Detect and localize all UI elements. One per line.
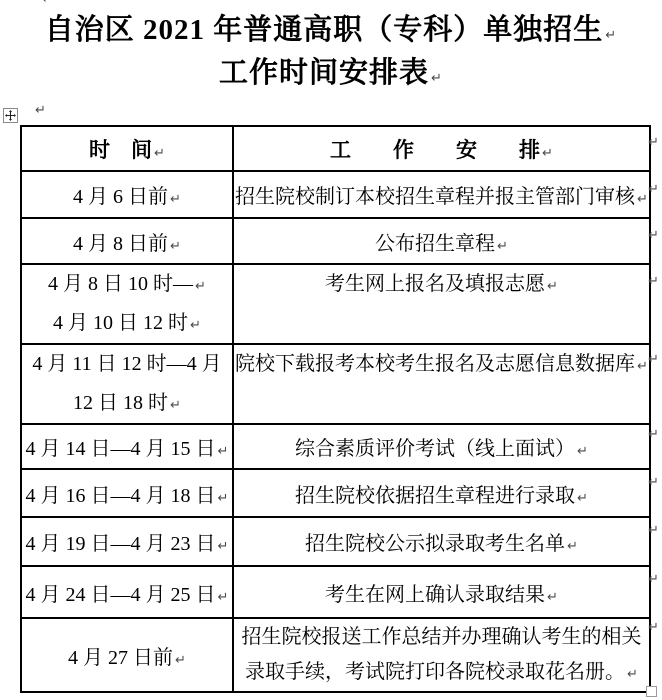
row-end-mark: ↵: [648, 229, 659, 242]
row-end-mark: ↵: [648, 428, 659, 441]
table-row: 4 月 8 日前↵ 公布招生章程↵: [21, 218, 650, 264]
task-cell[interactable]: 招生院校报送工作总结并办理确认考生的相关 录取手续，考试院打印各院校录取花名册。…: [233, 618, 650, 692]
time-cell[interactable]: 4 月 11 日 12 时—4 月 12 日 18 时↵: [21, 344, 233, 424]
task-line: 院校下载报考本校考生报名及志愿信息数据库↵: [234, 345, 649, 384]
task-text: 招生院校制订本校招生章程并报主管部门审核: [235, 186, 635, 208]
time-text: 4 月 27 日前: [68, 647, 173, 669]
page-title[interactable]: 自治区 2021 年普通高职（专科）单独招生↵ 工作时间安排表↵: [0, 9, 662, 95]
task-cell[interactable]: 综合素质评价考试（线上面试）↵: [233, 424, 650, 469]
paragraph-mark: ↵: [175, 653, 186, 668]
task-cell[interactable]: 考生网上报名及填报志愿↵: [233, 264, 650, 344]
table-row: 4 月 16 日—4 月 18 日↵ 招生院校依据招生章程进行录取↵: [21, 469, 650, 517]
paragraph-mark: ↵: [431, 71, 443, 86]
task-line: 录取手续，考试院打印各院校录取花名册。↵: [234, 655, 649, 690]
table-row: 4 月 27 日前↵ 招生院校报送工作总结并办理确认考生的相关 录取手续，考试院…: [21, 618, 650, 692]
row-end-mark: ↵: [648, 524, 659, 537]
task-cell[interactable]: 招生院校公示拟录取考生名单↵: [233, 517, 650, 566]
table-row: 4 月 14 日—4 月 15 日↵ 综合素质评价考试（线上面试）↵: [21, 424, 650, 469]
row-end-mark: ↵: [648, 353, 659, 366]
table-row: 4 月 11 日 12 时—4 月 12 日 18 时↵ 院校下载报考本校考生报…: [21, 344, 650, 424]
header-time-cell[interactable]: 时 间↵: [21, 126, 233, 171]
row-end-mark: ↵: [648, 275, 659, 288]
paragraph-mark: ↵: [627, 667, 638, 682]
paragraph-mark: ↵: [497, 239, 508, 254]
time-text: 4 月 16 日—4 月 18 日: [26, 485, 216, 507]
table-row: 4 月 6 日前↵ 招生院校制订本校招生章程并报主管部门审核↵: [21, 171, 650, 218]
header-time-label: 时 间: [89, 138, 152, 162]
paragraph-mark: ↵: [218, 444, 229, 459]
time-cell[interactable]: 4 月 16 日—4 月 18 日↵: [21, 469, 233, 517]
task-line: 招生院校报送工作总结并办理确认考生的相关: [234, 620, 649, 655]
task-text: 考生在网上确认录取结果: [325, 584, 545, 606]
row-end-mark: ↵: [648, 476, 659, 489]
time-text: 4 月 14 日—4 月 15 日: [26, 438, 216, 460]
time-text: 4 月 19 日—4 月 23 日: [26, 533, 216, 555]
time-line: 4 月 11 日 12 时—4 月: [22, 345, 232, 384]
paragraph-mark: ↵: [218, 539, 229, 554]
time-cell[interactable]: 4 月 6 日前↵: [21, 171, 233, 218]
schedule-table: 时 间↵ 工 作 安 排↵ 4 月 6 日前↵ 招生院校制订本校招生章程并报主管…: [20, 125, 651, 693]
time-line: 4 月 8 日 10 时—↵: [22, 265, 232, 304]
task-cell[interactable]: 招生院校依据招生章程进行录取↵: [233, 469, 650, 517]
line-break-mark: ↵: [195, 279, 206, 294]
paragraph-mark: ↵: [577, 491, 588, 506]
time-text: 4 月 10 日 12 时: [53, 312, 188, 334]
title-line-1: 自治区 2021 年普通高职（专科）单独招生↵: [0, 9, 662, 52]
paragraph-mark: ↵: [542, 146, 553, 161]
table-row: 4 月 24 日—4 月 25 日↵ 考生在网上确认录取结果↵: [21, 566, 650, 618]
time-cell[interactable]: 4 月 19 日—4 月 23 日↵: [21, 517, 233, 566]
time-cell[interactable]: 4 月 14 日—4 月 15 日↵: [21, 424, 233, 469]
time-cell[interactable]: 4 月 27 日前↵: [21, 618, 233, 692]
task-text: 招生院校报送工作总结并办理确认考生的相关: [242, 626, 642, 648]
paragraph-mark: ↵: [190, 318, 201, 333]
document-page: { "title": { "line1": "自治区 2021 年普通高职（专科…: [0, 0, 662, 700]
time-text: 12 日 18 时: [73, 392, 168, 414]
task-cell[interactable]: 考生在网上确认录取结果↵: [233, 566, 650, 618]
time-text: 4 月 24 日—4 月 25 日: [26, 584, 216, 606]
paragraph-mark: ↵: [42, 0, 53, 6]
paragraph-mark: ↵: [170, 239, 181, 254]
paragraph-mark: ↵: [547, 590, 558, 605]
time-cell[interactable]: 4 月 8 日 10 时—↵ 4 月 10 日 12 时↵: [21, 264, 233, 344]
title-line-2: 工作时间安排表↵: [0, 52, 662, 95]
paragraph-mark: ↵: [35, 104, 46, 117]
title-text: 自治区 2021 年普通高职（专科）单独招生: [45, 14, 604, 46]
table-row: 4 月 8 日 10 时—↵ 4 月 10 日 12 时↵ 考生网上报名及填报志…: [21, 264, 650, 344]
paragraph-mark: ↵: [547, 279, 558, 294]
paragraph-mark: ↵: [577, 444, 588, 459]
paragraph-mark: ↵: [637, 359, 648, 374]
task-cell[interactable]: 公布招生章程↵: [233, 218, 650, 264]
header-task-label: 工 作 安 排: [330, 138, 540, 162]
table-row: 4 月 19 日—4 月 23 日↵ 招生院校公示拟录取考生名单↵: [21, 517, 650, 566]
task-text: 招生院校公示拟录取考生名单: [305, 533, 565, 555]
time-text: 4 月 6 日前: [73, 186, 168, 208]
time-text: 4 月 11 日 12 时—4 月: [32, 353, 221, 375]
table-resize-handle[interactable]: [646, 686, 657, 697]
paragraph-mark: ↵: [567, 539, 578, 554]
row-end-mark: ↵: [648, 621, 659, 634]
paragraph-mark: ↵: [170, 192, 181, 207]
table-move-handle[interactable]: [3, 108, 18, 123]
task-text: 综合素质评价考试（线上面试）: [295, 438, 575, 460]
time-cell[interactable]: 4 月 8 日前↵: [21, 218, 233, 264]
row-end-mark: ↵: [648, 573, 659, 586]
paragraph-mark: ↵: [605, 28, 617, 43]
title-text: 工作时间安排表: [219, 57, 429, 89]
time-line: 4 月 10 日 12 时↵: [22, 304, 232, 343]
paragraph-mark: ↵: [218, 590, 229, 605]
task-line: 考生网上报名及填报志愿↵: [234, 265, 649, 304]
task-text: 考生网上报名及填报志愿: [325, 273, 545, 295]
task-cell[interactable]: 招生院校制订本校招生章程并报主管部门审核↵: [233, 171, 650, 218]
task-text: 录取手续，考试院打印各院校录取花名册。: [245, 661, 625, 683]
paragraph-mark: ↵: [218, 491, 229, 506]
time-line: 12 日 18 时↵: [22, 384, 232, 423]
move-arrows-icon: [5, 110, 16, 121]
row-end-mark: ↵: [648, 183, 659, 196]
paragraph-mark: ↵: [170, 398, 181, 413]
table-header-row: 时 间↵ 工 作 安 排↵: [21, 126, 650, 171]
task-text: 院校下载报考本校考生报名及志愿信息数据库: [235, 353, 635, 375]
header-task-cell[interactable]: 工 作 安 排↵: [233, 126, 650, 171]
task-text: 招生院校依据招生章程进行录取: [295, 485, 575, 507]
time-text: 4 月 8 日前: [73, 233, 168, 255]
task-cell[interactable]: 院校下载报考本校考生报名及志愿信息数据库↵: [233, 344, 650, 424]
paragraph-mark: ↵: [637, 192, 648, 207]
time-cell[interactable]: 4 月 24 日—4 月 25 日↵: [21, 566, 233, 618]
time-text: 4 月 8 日 10 时—: [48, 273, 193, 295]
paragraph-mark: ↵: [154, 146, 165, 161]
row-end-mark: ↵: [648, 136, 659, 149]
task-text: 公布招生章程: [375, 233, 495, 255]
